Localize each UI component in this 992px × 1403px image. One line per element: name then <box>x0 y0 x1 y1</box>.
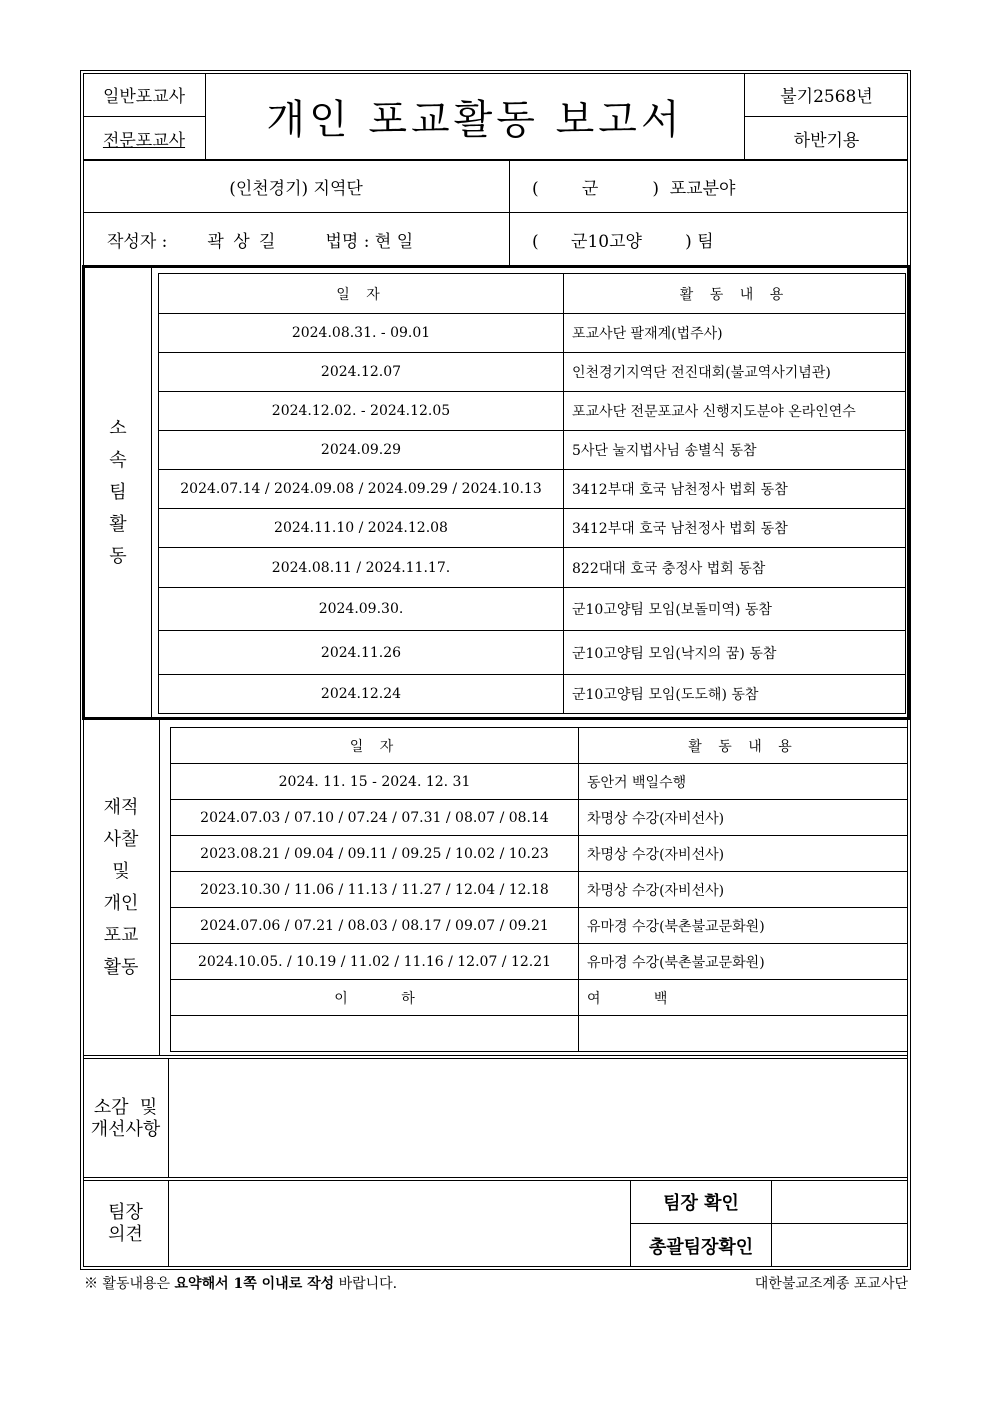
row-content: 군10고양팀 모임(낙지의 꿈) 동참 <box>564 631 906 675</box>
personal-activity-label: 재적 사찰 및 개인 포교 활동 <box>83 720 160 1056</box>
table-row: 2024.09.29 5사단 눌지법사님 송별식 동참 <box>159 431 906 470</box>
row-content: 차명상 수강(자비선사) <box>579 872 908 908</box>
table-row: 2024.07.03 / 07.10 / 07.24 / 07.31 / 08.… <box>171 800 908 836</box>
author-label: 작성자 : <box>107 227 167 252</box>
table-row: 2024.07.06 / 07.21 / 08.03 / 08.17 / 09.… <box>171 908 908 944</box>
role-special: 전문포교사 <box>83 117 206 160</box>
row-content: 3412부대 호국 남천정사 법회 동참 <box>564 509 906 548</box>
row-content: 군10고양팀 모임(도도해) 동참 <box>564 675 906 714</box>
row-date: 2024.12.07 <box>159 353 564 392</box>
footer-note-prefix: ※ 활동내용은 <box>84 1276 175 1292</box>
confirm-chief-label: 총괄팀장확인 <box>630 1224 771 1267</box>
team-activity-section: 소 속 팀 활 동 일 자 활 동 내 용 2024.08.31. - 09.0… <box>82 265 910 720</box>
table-row: 2024.12.02. - 2024.12.05 포교사단 전문포교사 신행지도… <box>159 392 906 431</box>
row-content: 포교사단 전문포교사 신행지도분야 온라인연수 <box>564 392 906 431</box>
team-activity-table: 일 자 활 동 내 용 2024.08.31. - 09.01 포교사단 팔재계… <box>158 273 906 714</box>
row-date: 2024.09.29 <box>159 431 564 470</box>
info-section: (인천경기) 지역단 ( 군 ) 포교분야 작성자 : 곽 상 길 법명 : 현… <box>83 161 908 265</box>
personal-activity-table: 일 자 활 동 내 용 2024. 11. 15 - 2024. 12. 31 … <box>170 727 908 1052</box>
row-content: 동안거 백일수행 <box>579 764 908 800</box>
row-content: 3412부대 호국 남천정사 법회 동참 <box>564 470 906 509</box>
label-line: 개인 <box>104 888 139 920</box>
reflection-label: 소감 및 개선사항 <box>83 1059 169 1178</box>
table-row: 2024.11.10 / 2024.12.08 3412부대 호국 남천정사 법… <box>159 509 906 548</box>
col-header-content: 활 동 내 용 <box>564 274 906 314</box>
reflection-section: 소감 및 개선사항 <box>83 1059 908 1178</box>
table-row: 2024. 11. 15 - 2024. 12. 31 동안거 백일수행 <box>171 764 908 800</box>
row-content: 차명상 수강(자비선사) <box>579 836 908 872</box>
row-content <box>579 1016 908 1052</box>
confirm-leader-signature[interactable] <box>771 1181 908 1224</box>
dharma-name: 법명 : 현 일 <box>325 227 413 252</box>
table-row: 2024.12.07 인천경기지역단 전진대회(불교역사기념관) <box>159 353 906 392</box>
field-label: ( 군 ) 포교분야 <box>510 161 908 213</box>
confirm-leader-label: 팀장 확인 <box>630 1181 771 1224</box>
author-name: 곽 상 길 <box>207 227 277 252</box>
personal-activity-section: 재적 사찰 및 개인 포교 활동 일 자 활 동 내 용 2024. 11. 1… <box>83 720 908 1056</box>
label-char: 소 <box>109 413 126 445</box>
table-row: 2023.10.30 / 11.06 / 11.13 / 11.27 / 12.… <box>171 872 908 908</box>
table-row: 이 하 여 백 <box>171 980 908 1016</box>
label-line: 활동 <box>104 952 139 984</box>
row-content: 인천경기지역단 전진대회(불교역사기념관) <box>564 353 906 392</box>
field-text: ( 군 ) 포교분야 <box>532 174 735 199</box>
row-date: 2024.12.24 <box>159 675 564 714</box>
row-content: 군10고양팀 모임(보돌미역) 동참 <box>564 588 906 631</box>
row-content: 822대대 호국 충정사 법회 동참 <box>564 548 906 588</box>
page-title: 개인 포교활동 보고서 <box>206 73 744 160</box>
leader-section: 팀장 의견 팀장 확인 총괄팀장확인 <box>83 1181 908 1267</box>
table-row: 2024.07.14 / 2024.09.08 / 2024.09.29 / 2… <box>159 470 906 509</box>
team-activity-label: 소 속 팀 활 동 <box>85 268 152 717</box>
row-date: 2024.09.30. <box>159 588 564 631</box>
row-date <box>171 1016 579 1052</box>
region-label: (인천경기) 지역단 <box>83 161 510 213</box>
table-row: 2024.08.31. - 09.01 포교사단 팔재계(법주사) <box>159 314 906 353</box>
team-text: ( 군10고양 ) 팀 <box>532 227 714 252</box>
table-row: 2024.11.26 군10고양팀 모임(낙지의 꿈) 동참 <box>159 631 906 675</box>
col-header-content: 활 동 내 용 <box>579 728 908 764</box>
row-date: 2023.08.21 / 09.04 / 09.11 / 09.25 / 10.… <box>171 836 579 872</box>
label-char: 동 <box>109 541 126 573</box>
label-line: 포교 <box>104 920 139 952</box>
row-date-end: 이 하 <box>171 980 579 1016</box>
role-special-label: 전문포교사 <box>103 126 185 151</box>
reflection-label-line1: 소감 및 <box>94 1097 158 1119</box>
table-row: 2024.08.11 / 2024.11.17. 822대대 호국 충정사 법회… <box>159 548 906 588</box>
row-date: 2024.07.06 / 07.21 / 08.03 / 08.17 / 09.… <box>171 908 579 944</box>
label-char: 활 <box>109 509 126 541</box>
reflection-label-line2: 개선사항 <box>91 1119 161 1141</box>
row-date: 2024.08.11 / 2024.11.17. <box>159 548 564 588</box>
label-char: 팀 <box>109 477 126 509</box>
team-label: ( 군10고양 ) 팀 <box>510 213 908 265</box>
label-line: 사찰 <box>104 824 139 856</box>
period-label: 하반기용 <box>744 117 908 160</box>
label-char: 속 <box>109 445 126 477</box>
footer-note-bold: 요약해서 1쪽 이내로 작성 <box>175 1276 335 1292</box>
leader-label: 팀장 의견 <box>83 1181 169 1267</box>
label-line: 및 <box>112 856 129 888</box>
row-date: 2024.07.03 / 07.10 / 07.24 / 07.31 / 08.… <box>171 800 579 836</box>
footer-note: ※ 활동내용은 요약해서 1쪽 이내로 작성 바랍니다. <box>84 1273 397 1293</box>
leader-label-line1: 팀장 <box>108 1202 143 1224</box>
col-header-date: 일 자 <box>171 728 579 764</box>
header-section: 일반포교사 전문포교사 개인 포교활동 보고서 불기2568년 하반기용 <box>83 73 908 160</box>
row-content: 유마경 수강(북촌불교문화원) <box>579 908 908 944</box>
role-general: 일반포교사 <box>83 73 206 117</box>
row-content: 유마경 수강(북촌불교문화원) <box>579 944 908 980</box>
year-label: 불기2568년 <box>744 73 908 117</box>
row-date: 2024.11.26 <box>159 631 564 675</box>
row-date: 2023.10.30 / 11.06 / 11.13 / 11.27 / 12.… <box>171 872 579 908</box>
leader-opinion-field[interactable] <box>169 1181 630 1267</box>
reflection-field[interactable] <box>169 1059 908 1178</box>
divider <box>83 1055 908 1056</box>
author-row: 작성자 : 곽 상 길 법명 : 현 일 <box>83 213 510 265</box>
row-date: 2024.08.31. - 09.01 <box>159 314 564 353</box>
row-content-end: 여 백 <box>579 980 908 1016</box>
row-date: 2024. 11. 15 - 2024. 12. 31 <box>171 764 579 800</box>
row-content: 5사단 눌지법사님 송별식 동참 <box>564 431 906 470</box>
row-content: 차명상 수강(자비선사) <box>579 800 908 836</box>
leader-label-line2: 의견 <box>108 1224 143 1246</box>
row-date: 2024.07.14 / 2024.09.08 / 2024.09.29 / 2… <box>159 470 564 509</box>
table-row: 2024.09.30. 군10고양팀 모임(보돌미역) 동참 <box>159 588 906 631</box>
col-header-date: 일 자 <box>159 274 564 314</box>
row-date: 2024.10.05. / 10.19 / 11.02 / 11.16 / 12… <box>171 944 579 980</box>
table-row-empty <box>171 1016 908 1052</box>
label-line: 재적 <box>104 792 139 824</box>
row-content: 포교사단 팔재계(법주사) <box>564 314 906 353</box>
footer-org: 대한불교조계종 포교사단 <box>755 1273 908 1293</box>
divider <box>83 1177 908 1178</box>
table-row: 2024.10.05. / 10.19 / 11.02 / 11.16 / 12… <box>171 944 908 980</box>
table-row: 2023.08.21 / 09.04 / 09.11 / 09.25 / 10.… <box>171 836 908 872</box>
row-date: 2024.11.10 / 2024.12.08 <box>159 509 564 548</box>
confirm-chief-signature[interactable] <box>771 1224 908 1267</box>
row-date: 2024.12.02. - 2024.12.05 <box>159 392 564 431</box>
footer-note-suffix: 바랍니다. <box>334 1276 397 1292</box>
table-row: 2024.12.24 군10고양팀 모임(도도해) 동참 <box>159 675 906 714</box>
